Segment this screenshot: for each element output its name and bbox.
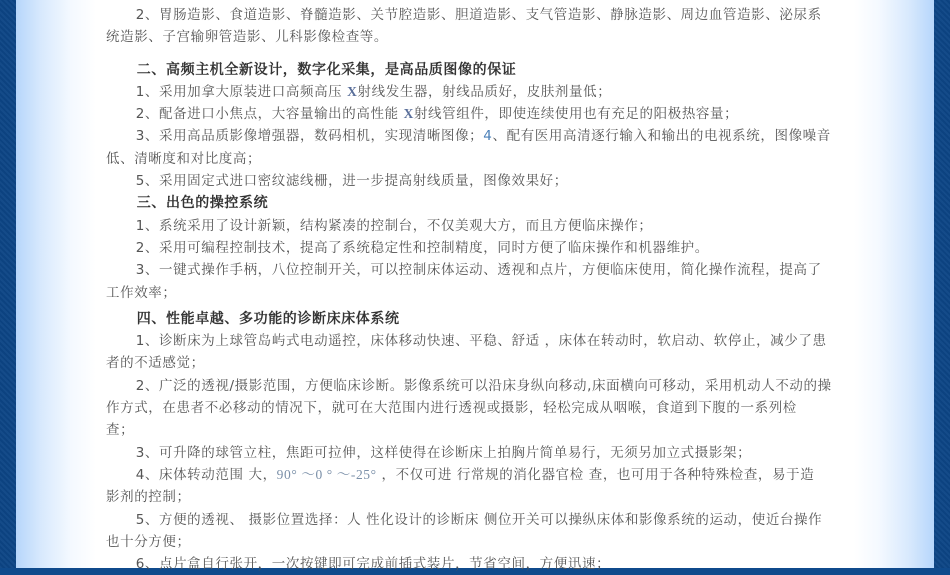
section-3-heading: 三、出色的操控系统 bbox=[106, 192, 876, 214]
section-2-item-3: 3、采用高品质影像增强器，数码相机，实现清晰图像；4、配有医用高清逐行输入和输出… bbox=[106, 125, 876, 147]
text-line: 1、采用加拿大原装进口高频高压 bbox=[136, 84, 347, 100]
product-description: 2、胃肠造影、食道造影、脊髓造影、关节腔造影、胆道造影、支气管造影、静脉造影、周… bbox=[106, 4, 876, 568]
section-3-item-3: 3、一键式操作手柄，八位控制开关，可以控制床体运动、透视和点片，方便临床使用，简… bbox=[106, 259, 876, 281]
section-4-item-1: 1、诊断床为上球管岛屿式电动遥控，床体移动快速、平稳、舒适 ，床体在转动时，软启… bbox=[106, 330, 876, 352]
text-line: 射线管组件，即使连续使用也有充足的阳极热容量； bbox=[414, 106, 738, 122]
section-4-item-2-cont: 作方式，在患者不必移动的情况下，就可在大范围内进行透视或摄影，轻松完成从咽喉，食… bbox=[106, 397, 876, 419]
section-2-item-5: 5、采用固定式进口密纹滤线栅，进一步提高射线质量，图像效果好； bbox=[106, 170, 876, 192]
section-2-heading: 二、高频主机全新设计，数字化采集，是高品质图像的保证 bbox=[106, 59, 876, 81]
section-2-item-3-cont: 低、清晰度和对比度高； bbox=[106, 148, 876, 170]
intro-item-2-cont: 统造影、子宫输卵管造影、儿科影像检查等。 bbox=[106, 26, 876, 48]
text-line: 射线发生器，射线品质好，皮肤剂量低； bbox=[358, 84, 612, 100]
text-line: 2、配备进口小焦点，大容量输出的高性能 bbox=[136, 106, 404, 122]
section-4-item-2-cont2: 查； bbox=[106, 419, 876, 441]
section-4-item-1-cont: 者的不适感觉； bbox=[106, 352, 876, 374]
x-letter: X bbox=[404, 106, 414, 121]
text-line: 统造影、子宫输卵管造影、儿科影像检查等。 bbox=[106, 29, 388, 45]
content-panel: 2、胃肠造影、食道造影、脊髓造影、关节腔造影、胆道造影、支气管造影、静脉造影、周… bbox=[16, 0, 934, 568]
intro-item-2: 2、胃肠造影、食道造影、脊髓造影、关节腔造影、胆道造影、支气管造影、静脉造影、周… bbox=[106, 4, 876, 26]
section-4-item-6: 6、点片盒自行张开，一次按键即可完成前插式装片，节省空间，方便迅速； bbox=[106, 553, 876, 568]
section-2-item-2: 2、配备进口小焦点，大容量输出的高性能 X射线管组件，即使连续使用也有充足的阳极… bbox=[106, 103, 876, 125]
section-4-item-4: 4、床体转动范围 大，90° ～0 ° ～-25° ，不仅可进 行常规的消化器官… bbox=[106, 464, 876, 486]
section-4-item-4-cont: 影剂的控制； bbox=[106, 486, 876, 508]
rotation-range: 90° ～0 ° ～-25° bbox=[277, 467, 377, 482]
text-line: 3、采用高品质影像增强器，数码相机，实现清晰图像； bbox=[136, 128, 484, 144]
x-letter: X bbox=[347, 84, 357, 99]
section-3-item-2: 2、采用可编程控制技术，提高了系统稳定性和控制精度，同时方便了临床操作和机器维护… bbox=[106, 237, 876, 259]
text-line: 2、胃肠造影、食道造影、脊髓造影、关节腔造影、胆道造影、支气管造影、静脉造影、周… bbox=[136, 7, 822, 23]
text-line: 4、床体转动范围 大， bbox=[136, 467, 277, 483]
section-4-item-3: 3、可升降的球管立柱，焦距可拉伸，这样使得在诊断床上拍胸片简单易行，无须另加立式… bbox=[106, 442, 876, 464]
section-4-heading: 四、性能卓越、多功能的诊断床床体系统 bbox=[106, 308, 876, 330]
section-4-item-5-cont: 也十分方便； bbox=[106, 531, 876, 553]
text-line: ，不仅可进 行常规的消化器官检 查，也可用于各种特殊检查，易于造 bbox=[377, 467, 815, 483]
text-line: 、配有医用高清逐行输入和输出的电视系统，图像噪音 bbox=[492, 128, 830, 144]
section-3-item-1: 1、系统采用了设计新颖，结构紧凑的控制台，不仅美观大方，而且方便临床操作； bbox=[106, 215, 876, 237]
section-2-item-1: 1、采用加拿大原装进口高频高压 X射线发生器，射线品质好，皮肤剂量低； bbox=[106, 81, 876, 103]
section-3-item-3-cont: 工作效率； bbox=[106, 282, 876, 304]
section-4-item-2: 2、广泛的透视/摄影范围，方便临床诊断。影像系统可以沿床身纵向移动,床面横向可移… bbox=[106, 375, 876, 397]
section-4-item-5: 5、方便的透视、 摄影位置选择：人 性化设计的诊断床 侧位开关可以操纵床体和影像… bbox=[106, 509, 876, 531]
